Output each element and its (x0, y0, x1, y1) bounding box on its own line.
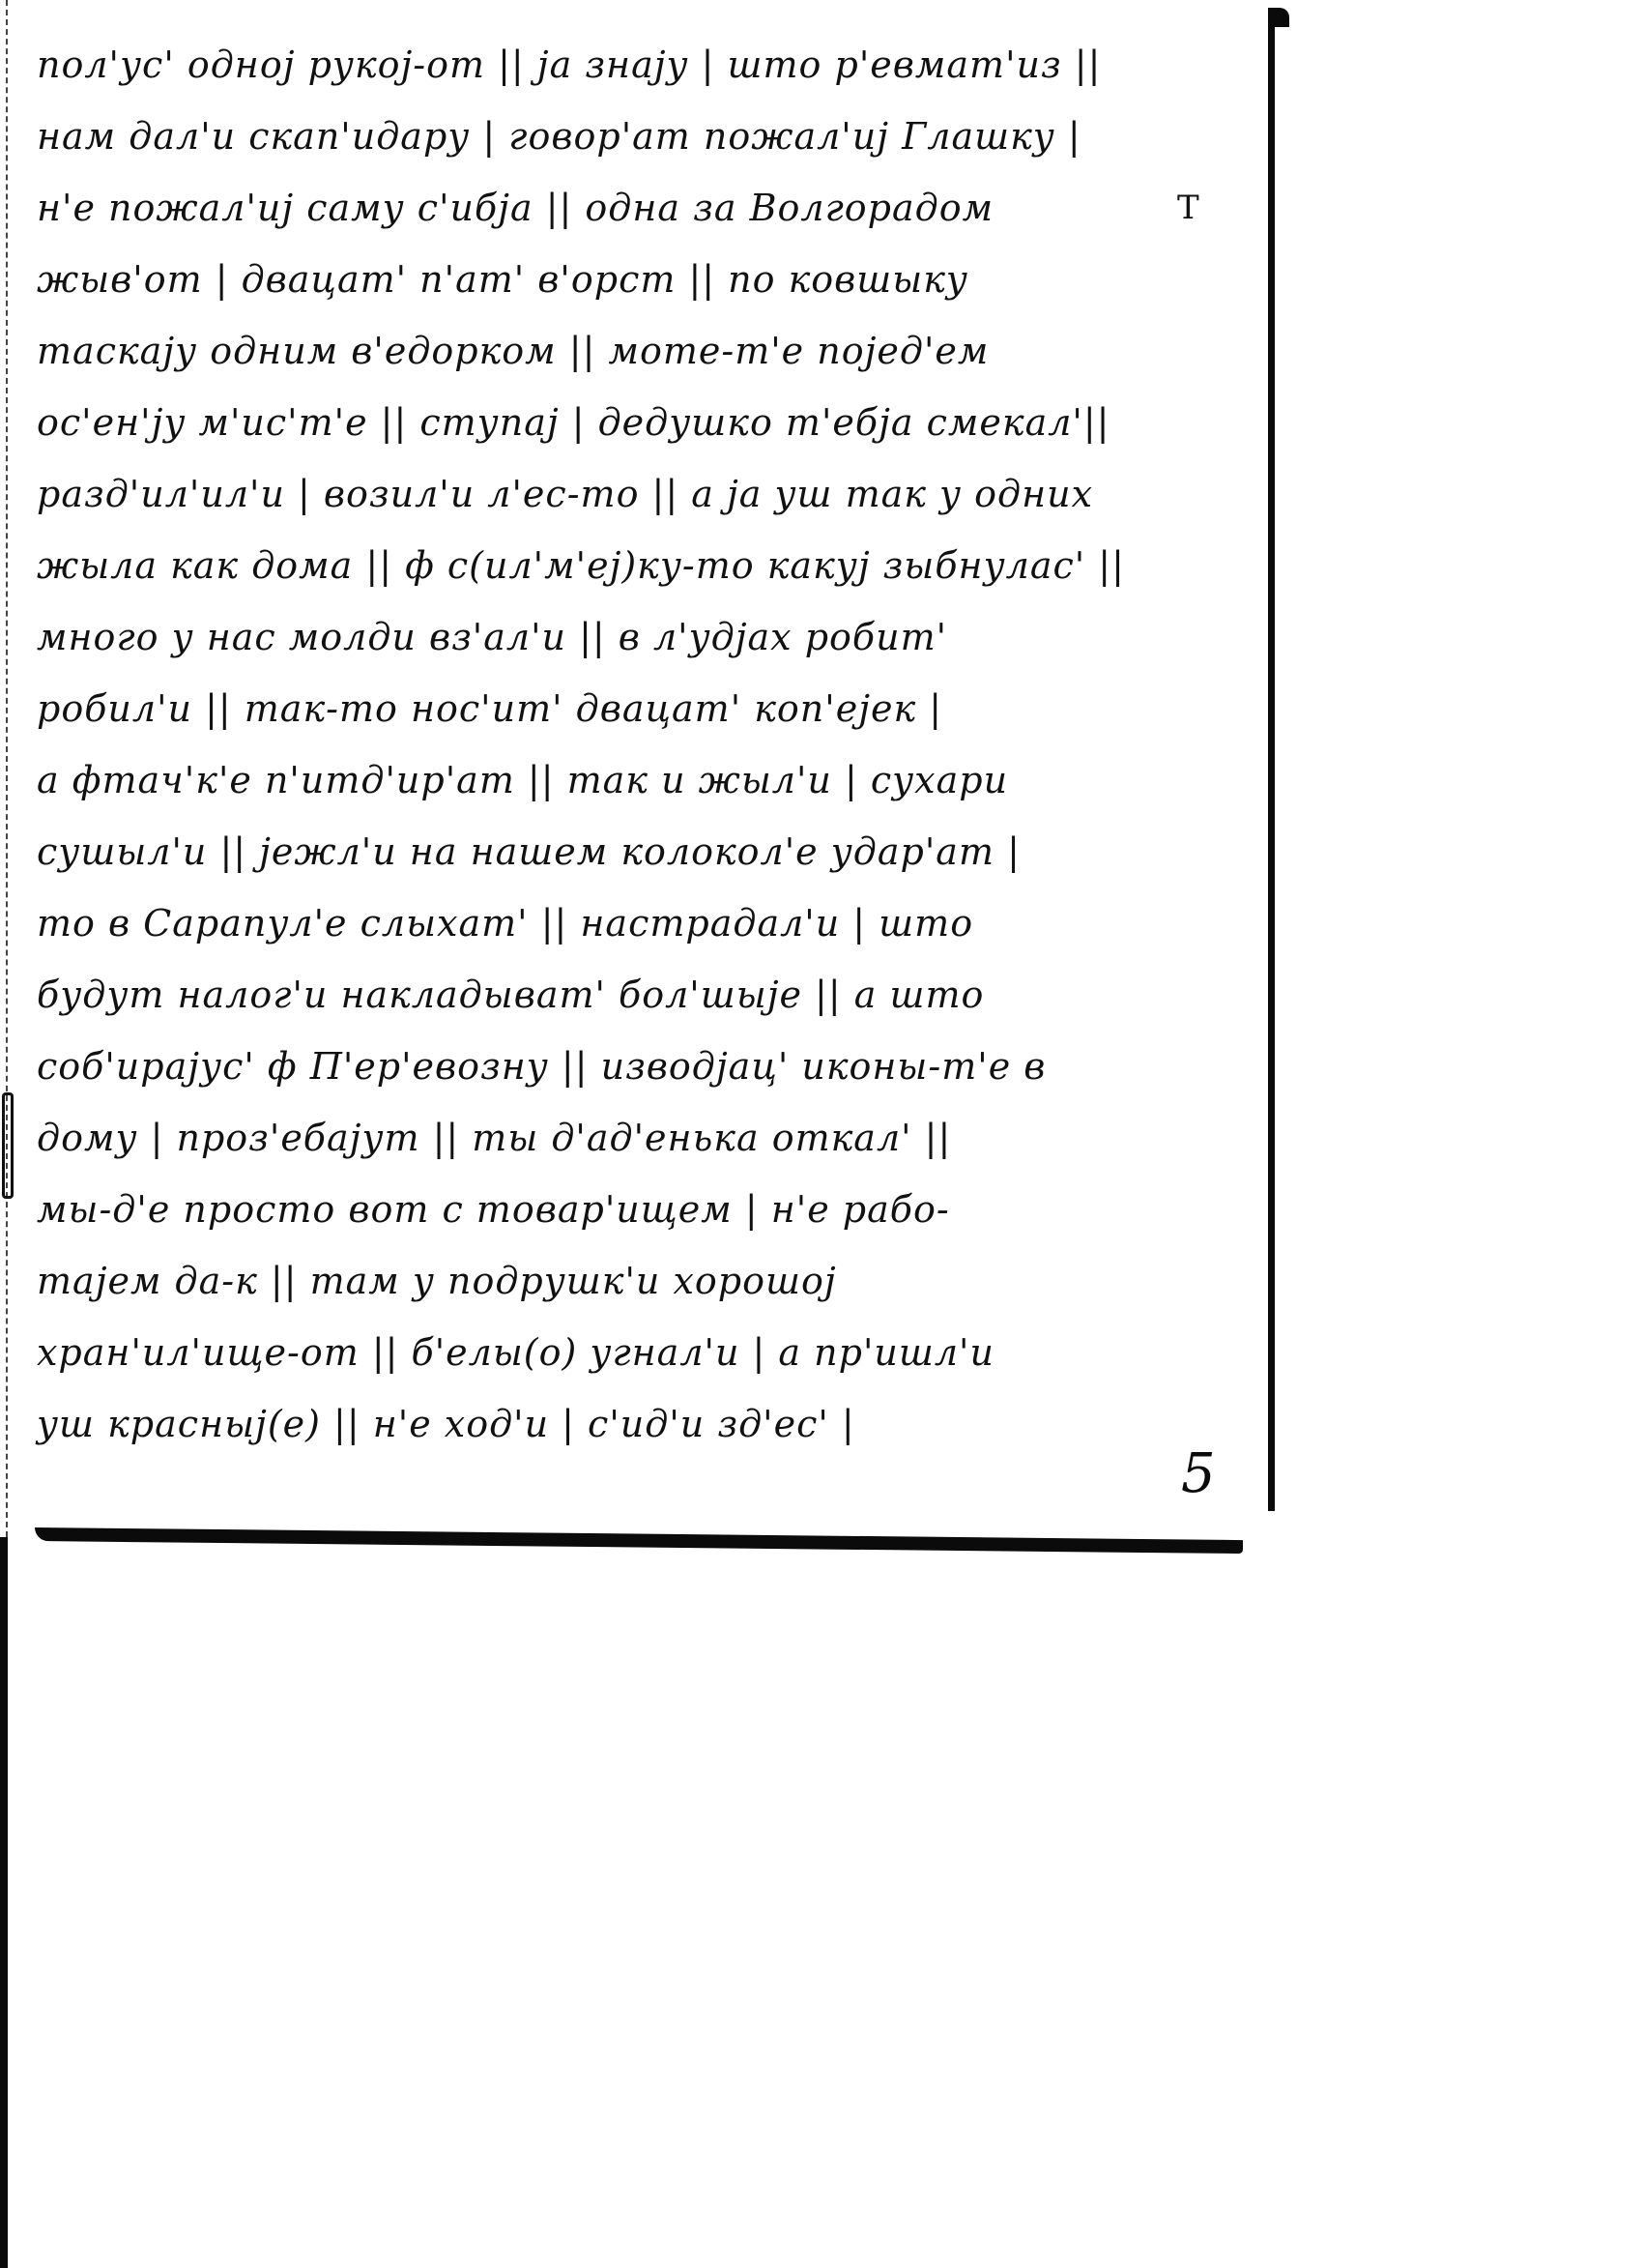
text-line-9: много у нас молди вз'ал'и || в л'удјах р… (37, 601, 1264, 673)
page-corner-mark (1268, 8, 1289, 27)
text-line-8: жыла как дома || ф с(ил'м'еј)ку-то какуј… (37, 530, 1264, 601)
text-line-20: уш красныј(е) || н'е ход'и | с'ид'и зд'е… (37, 1388, 1264, 1460)
text-line-2: нам дал'и скап'идару | говор'ат пожал'иј… (37, 101, 1264, 172)
page-number: 5 (1181, 1442, 1216, 1505)
text-line-10: робил'и || так-то нос'ит' двацат' коп'еj… (37, 673, 1264, 744)
text-line-13: то в Сарапул'е слыхат' || настрадал'и | … (37, 887, 1264, 959)
text-line-7: разд'ил'ил'и | возил'и л'ес-то || а ја у… (37, 458, 1264, 530)
text-line-17: мы-д'е просто вот с товар'ищем | н'е раб… (37, 1174, 1264, 1245)
handwritten-text-block: пол'ус' одној рукој-от || ја знају | што… (37, 29, 1264, 1460)
text-line-3-content: н'е пожал'иј саму с'ибја || одна за Волг… (37, 187, 994, 229)
bottom-underline-rule (35, 1527, 1243, 1554)
document-page: пол'ус' одној рукој-от || ја знају | што… (0, 0, 1643, 2268)
text-line-15: соб'ирајус' ф П'ер'евозну || изводјац' и… (37, 1031, 1264, 1102)
left-scan-shadow (0, 1537, 8, 2268)
text-line-12: сушыл'и || јежл'и на нашем колокол'е уда… (37, 816, 1264, 887)
text-line-16: дому | проз'ебајут || ты д'ад'енька отка… (37, 1102, 1264, 1174)
left-margin-line (6, 0, 9, 1537)
text-line-4: жыв'от | двацат' п'ат' в'орст || по ковш… (37, 244, 1264, 315)
page-right-edge (1268, 8, 1275, 1511)
text-line-6: ос'ен'ју м'ис'т'е || ступај | дедушко т'… (37, 387, 1264, 458)
binder-clip-mark (2, 1092, 14, 1199)
margin-insert-mark: T (1177, 172, 1200, 244)
text-line-3: н'е пожал'иј саму с'ибја || одна за Волг… (37, 172, 1264, 244)
text-line-14: будут налог'и накладыват' бол'шыје || а … (37, 959, 1264, 1031)
text-line-11: а фтач'к'е п'итд'ир'ат || так и жыл'и | … (37, 744, 1264, 816)
text-line-5: таскају одним в'едорком || моте-т'е поје… (37, 315, 1264, 387)
text-line-1: пол'ус' одној рукој-от || ја знају | што… (37, 29, 1264, 101)
text-line-18: тајем да-к || там у подрушк'и хорошој (37, 1245, 1264, 1317)
text-line-19: хран'ил'ище-от || б'елы(о) угнал'и | а п… (37, 1317, 1264, 1388)
